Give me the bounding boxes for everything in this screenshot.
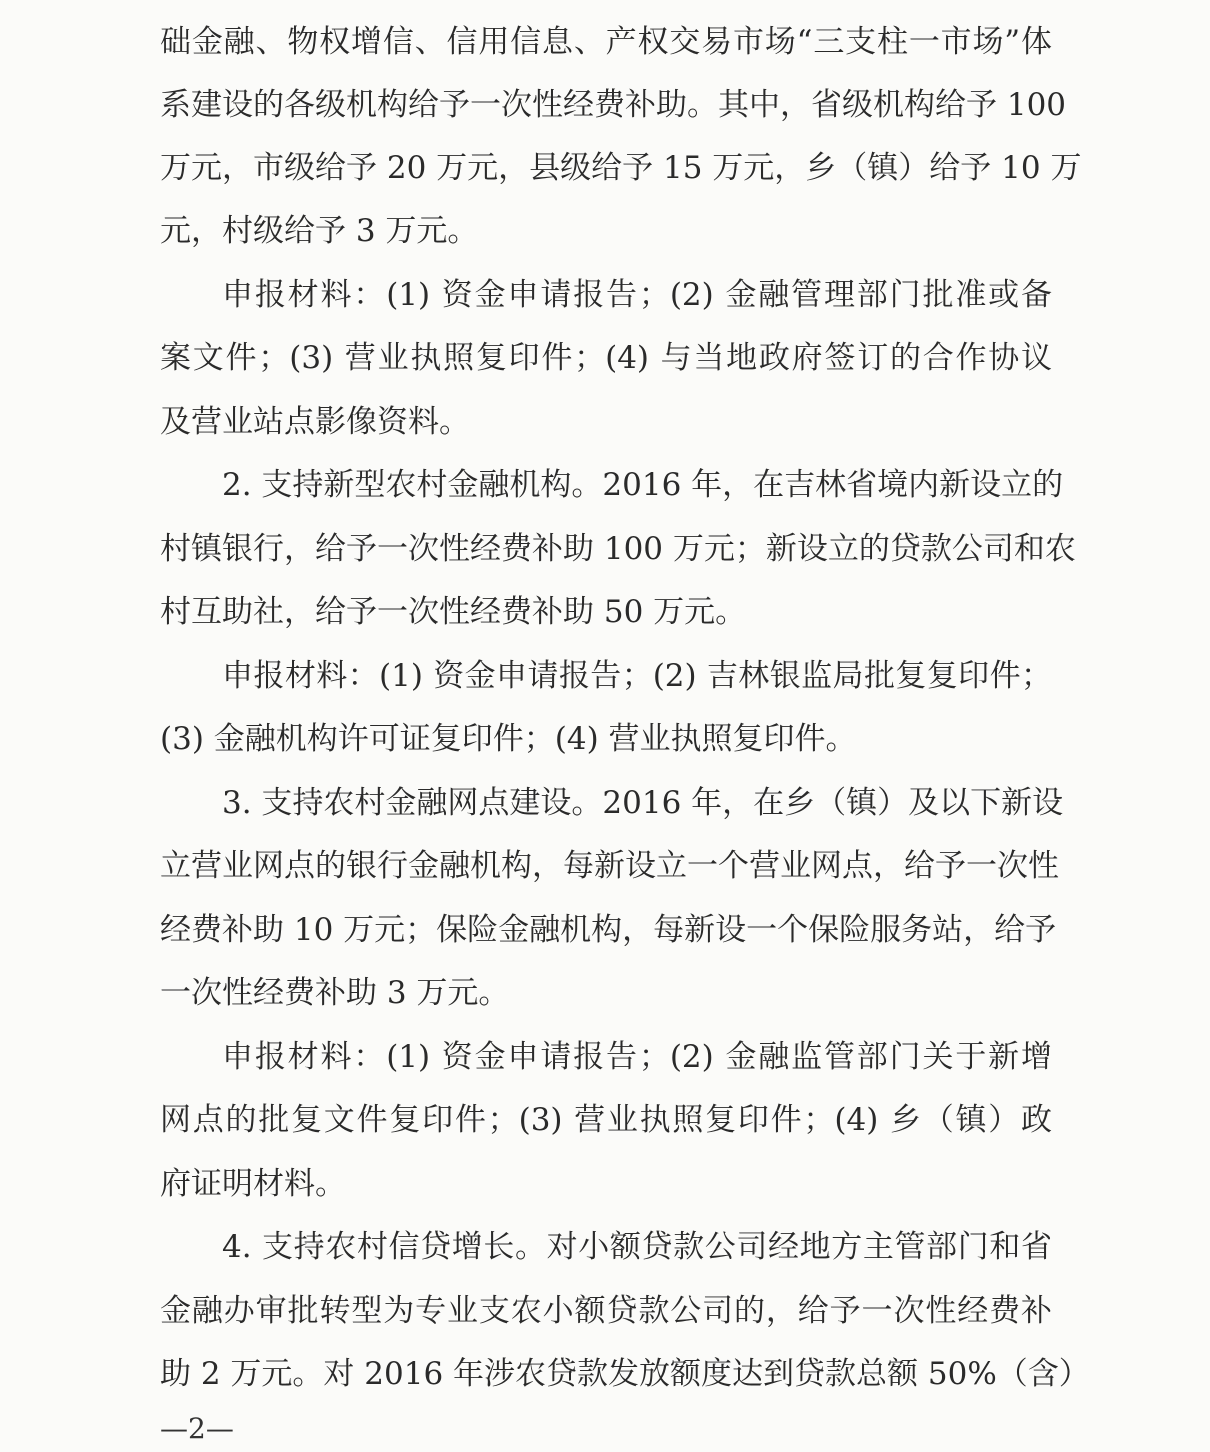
text-line: 申报材料：(1) 资金申请报告；(2) 吉林银监局批复复印件；: [222, 656, 1052, 696]
text-line: 系建设的各级机构给予一次性经费补助。其中，省级机构给予 100: [160, 85, 1052, 125]
text-line: 府证明材料。: [160, 1164, 1052, 1204]
text-line: 申报材料：(1) 资金申请报告；(2) 金融监管部门关于新增: [222, 1037, 1052, 1077]
text-line: 助 2 万元。对 2016 年涉农贷款发放额度达到贷款总额 50%（含）: [160, 1354, 1052, 1394]
text-line: 4. 支持农村信贷增长。对小额贷款公司经地方主管部门和省: [222, 1227, 1052, 1267]
text-line: 经费补助 10 万元；保险金融机构，每新设一个保险服务站，给予: [160, 910, 1052, 950]
text-line: 申报材料：(1) 资金申请报告；(2) 金融管理部门批准或备: [222, 275, 1052, 315]
text-line: 础金融、物权增信、信用信息、产权交易市场“三支柱一市场”体: [160, 22, 1052, 62]
text-line: (3) 金融机构许可证复印件；(4) 营业执照复印件。: [160, 719, 1052, 759]
text-line: 一次性经费补助 3 万元。: [160, 973, 1052, 1013]
text-line: 2. 支持新型农村金融机构。2016 年，在吉林省境内新设立的: [222, 465, 1052, 505]
text-line: 元，村级给予 3 万元。: [160, 211, 1052, 251]
text-line: 万元，市级给予 20 万元，县级给予 15 万元，乡（镇）给予 10 万: [160, 148, 1052, 188]
text-line: 及营业站点影像资料。: [160, 402, 1052, 442]
text-line: 网点的批复文件复印件；(3) 营业执照复印件；(4) 乡（镇）政: [160, 1100, 1052, 1140]
text-line: 村互助社，给予一次性经费补助 50 万元。: [160, 592, 1052, 632]
text-line: 金融办审批转型为专业支农小额贷款公司的，给予一次性经费补: [160, 1291, 1052, 1331]
text-line: 案文件；(3) 营业执照复印件；(4) 与当地政府签订的合作协议: [160, 338, 1052, 378]
document-page: 础金融、物权增信、信用信息、产权交易市场“三支柱一市场”体系建设的各级机构给予一…: [0, 0, 1210, 1452]
text-line: 村镇银行，给予一次性经费补助 100 万元；新设立的贷款公司和农: [160, 529, 1052, 569]
text-line: 立营业网点的银行金融机构，每新设立一个营业网点，给予一次性: [160, 846, 1052, 886]
page-number: —2—: [160, 1412, 234, 1446]
text-line: 3. 支持农村金融网点建设。2016 年，在乡（镇）及以下新设: [222, 783, 1052, 823]
